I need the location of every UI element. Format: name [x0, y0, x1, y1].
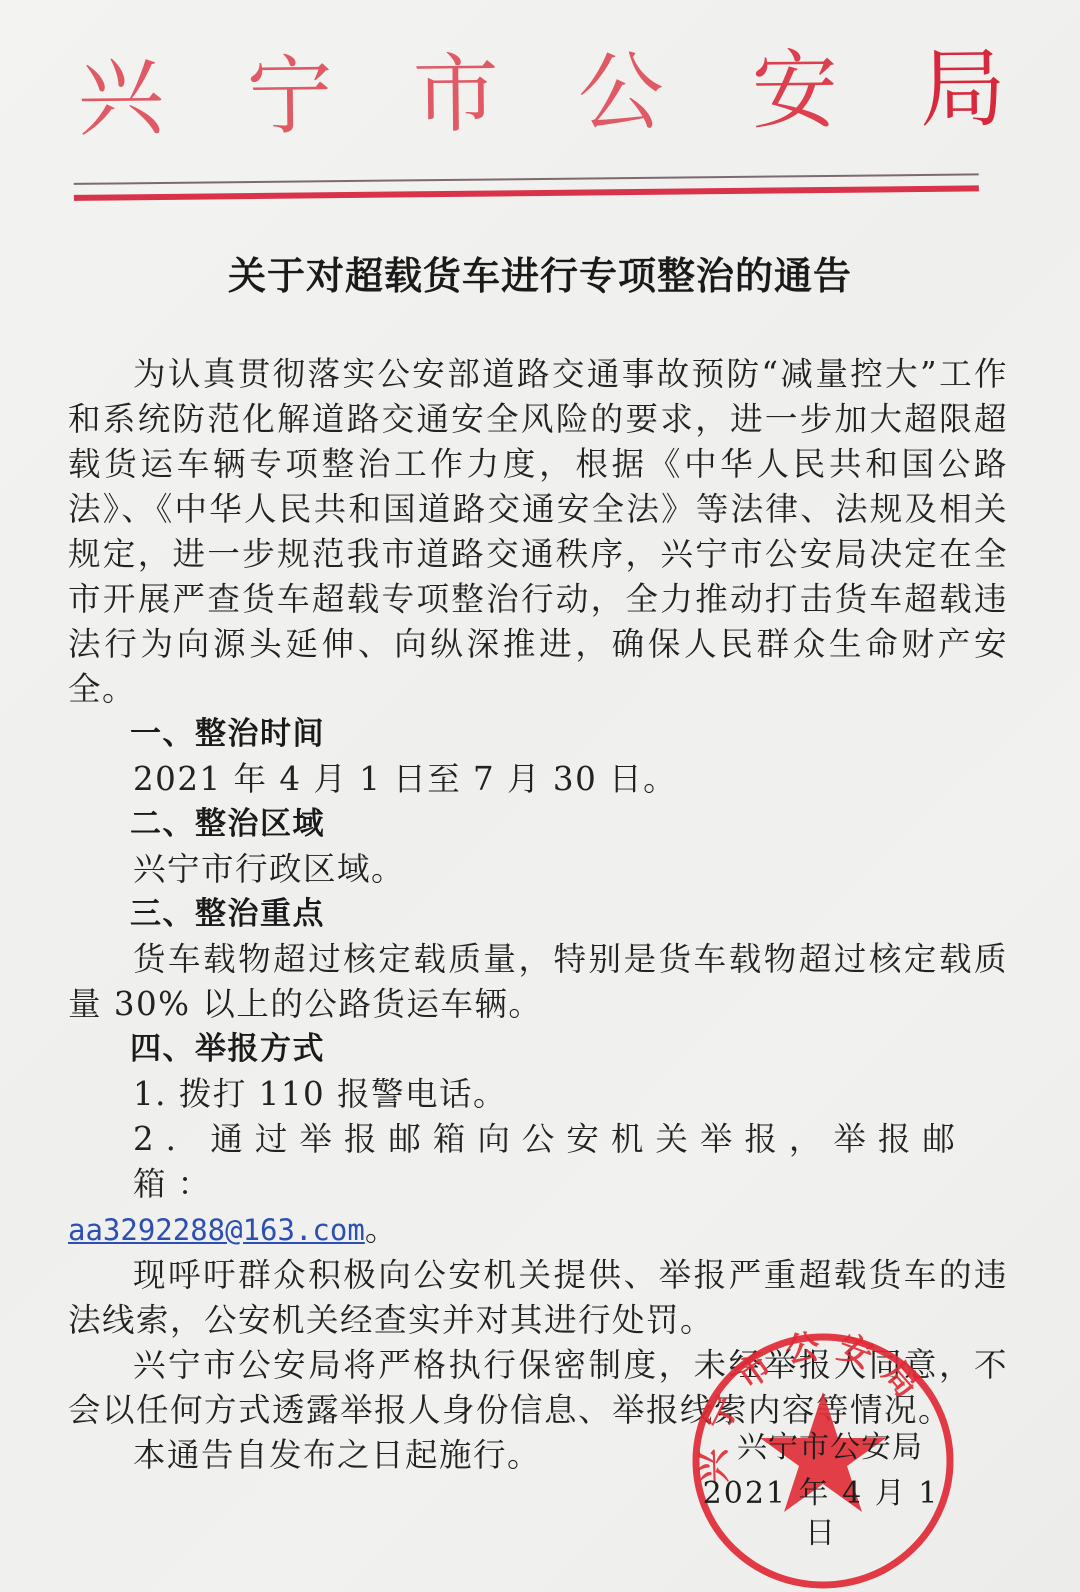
section-heading-focus: 三、整治重点	[68, 892, 1008, 937]
signature-date: 2021 年 4 月 1 日	[696, 1474, 946, 1554]
intro-paragraph: 为认真贯彻落实公安部道路交通事故预防“减量控大”工作和系统防范化解道路交通安全风…	[68, 352, 1008, 712]
section-content-time: 2021 年 4 月 1 日至 7 月 30 日。	[68, 757, 1008, 802]
signature-issuer: 兴宁市公安局	[720, 1428, 940, 1468]
letterhead-char: 公	[577, 47, 664, 140]
letterhead-char: 宁	[246, 50, 333, 143]
document-body: 为认真贯彻落实公安部道路交通事故预防“减量控大”工作和系统防范化解道路交通安全风…	[68, 352, 1008, 1478]
letterhead-char: 安	[751, 45, 838, 138]
letterhead-thick-rule	[74, 185, 979, 200]
section-content-area: 兴宁市行政区域。	[68, 847, 1008, 892]
email-suffix: 。	[365, 1210, 399, 1248]
report-method-email: 2. 通过举报邮箱向公安机关举报，举报邮箱：	[68, 1117, 1008, 1207]
report-method-phone: 1. 拨打 110 报警电话。	[68, 1072, 1008, 1117]
letterhead-char: 局	[919, 43, 1006, 136]
letterhead-char: 市	[412, 48, 499, 141]
section-heading-time: 一、整治时间	[68, 712, 1008, 757]
report-email-link[interactable]: aa3292288@163.com	[68, 1213, 365, 1247]
section-heading-area: 二、整治区域	[68, 802, 1008, 847]
section-content-focus: 货车载物超过核定载质量，特别是货车载物超过核定载质量 30% 以上的公路货运车辆…	[68, 937, 1008, 1027]
section-heading-report: 四、举报方式	[68, 1027, 1008, 1072]
letterhead-thin-rule	[74, 173, 979, 184]
letterhead-char: 兴	[77, 52, 164, 145]
email-line: aa3292288@163.com。	[68, 1207, 1008, 1253]
document-title: 关于对超载货车进行专项整治的通告	[0, 250, 1080, 302]
letterhead: 兴 宁 市 公 安 局	[0, 0, 1080, 216]
